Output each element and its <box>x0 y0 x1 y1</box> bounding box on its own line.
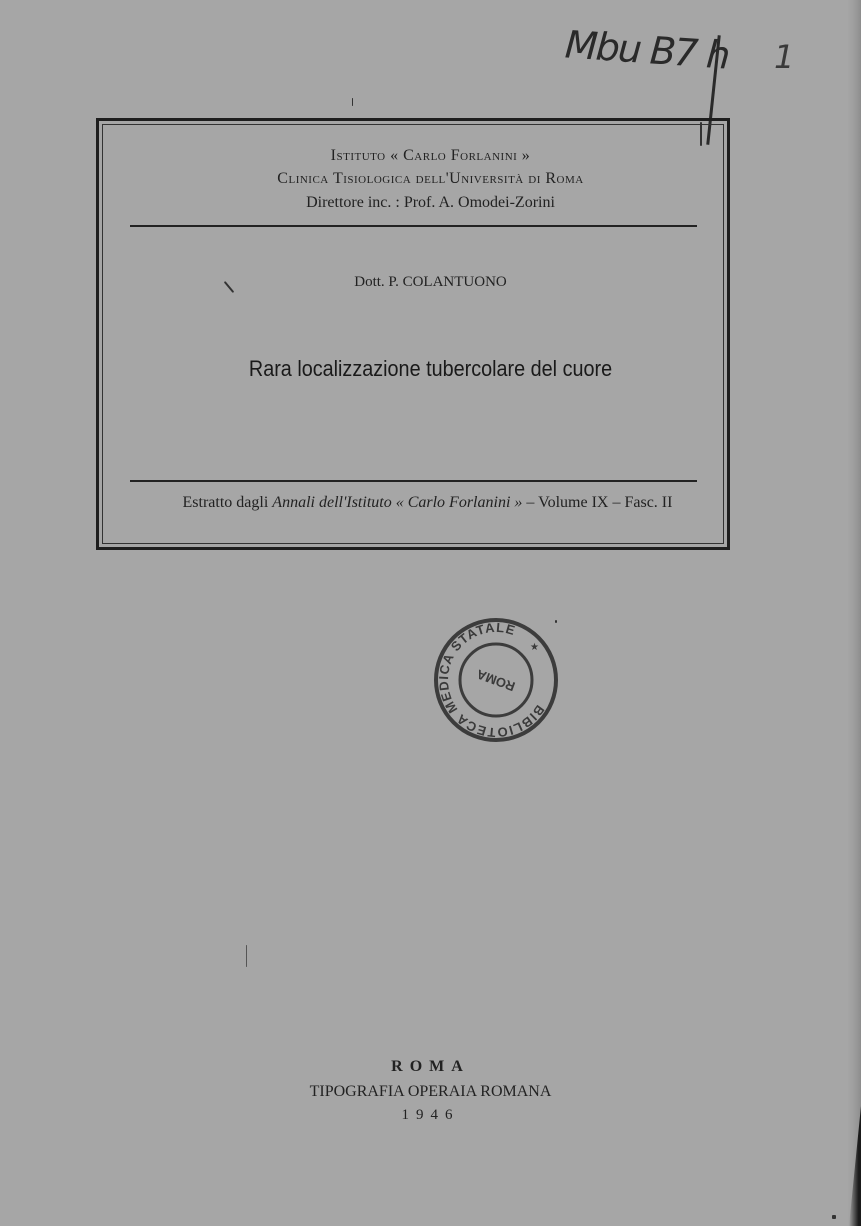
clinic-name: Clinica Tisiologica dell'Università di R… <box>0 170 861 188</box>
handwritten-number: 1 <box>774 38 794 76</box>
author-name: Dott. P. COLANTUONO <box>0 274 861 291</box>
extract-prefix: Estratto dagli <box>183 494 269 511</box>
extract-suffix: – Volume IX – Fasc. II <box>526 494 672 511</box>
header-divider <box>130 225 697 227</box>
journal-name: Annali dell'Istituto « Carlo Forlanini » <box>272 494 522 511</box>
publication-year: 1946 <box>0 1107 861 1124</box>
publisher-name: TIPOGRAFIA OPERAIA ROMANA <box>0 1083 861 1101</box>
stamp-star-icon: ★ <box>530 642 539 653</box>
library-stamp: BIBLIOTECA MEDICA STATALE ROMA ★ <box>432 616 560 744</box>
director-line: Direttore inc. : Prof. A. Omodei-Zorini <box>0 194 861 212</box>
footer-divider <box>130 480 697 482</box>
extract-note: Estratto dagli Annali dell'Istituto « Ca… <box>0 494 858 512</box>
institute-name: Istituto « Carlo Forlanini » <box>0 147 861 165</box>
article-title: Rara localizzazione tubercolare del cuor… <box>43 356 818 382</box>
publisher-city: ROMA <box>0 1058 861 1076</box>
stamp-inner-text: ROMA <box>474 666 517 694</box>
handwritten-shelfmark: Mbu B7 h <box>564 22 730 77</box>
